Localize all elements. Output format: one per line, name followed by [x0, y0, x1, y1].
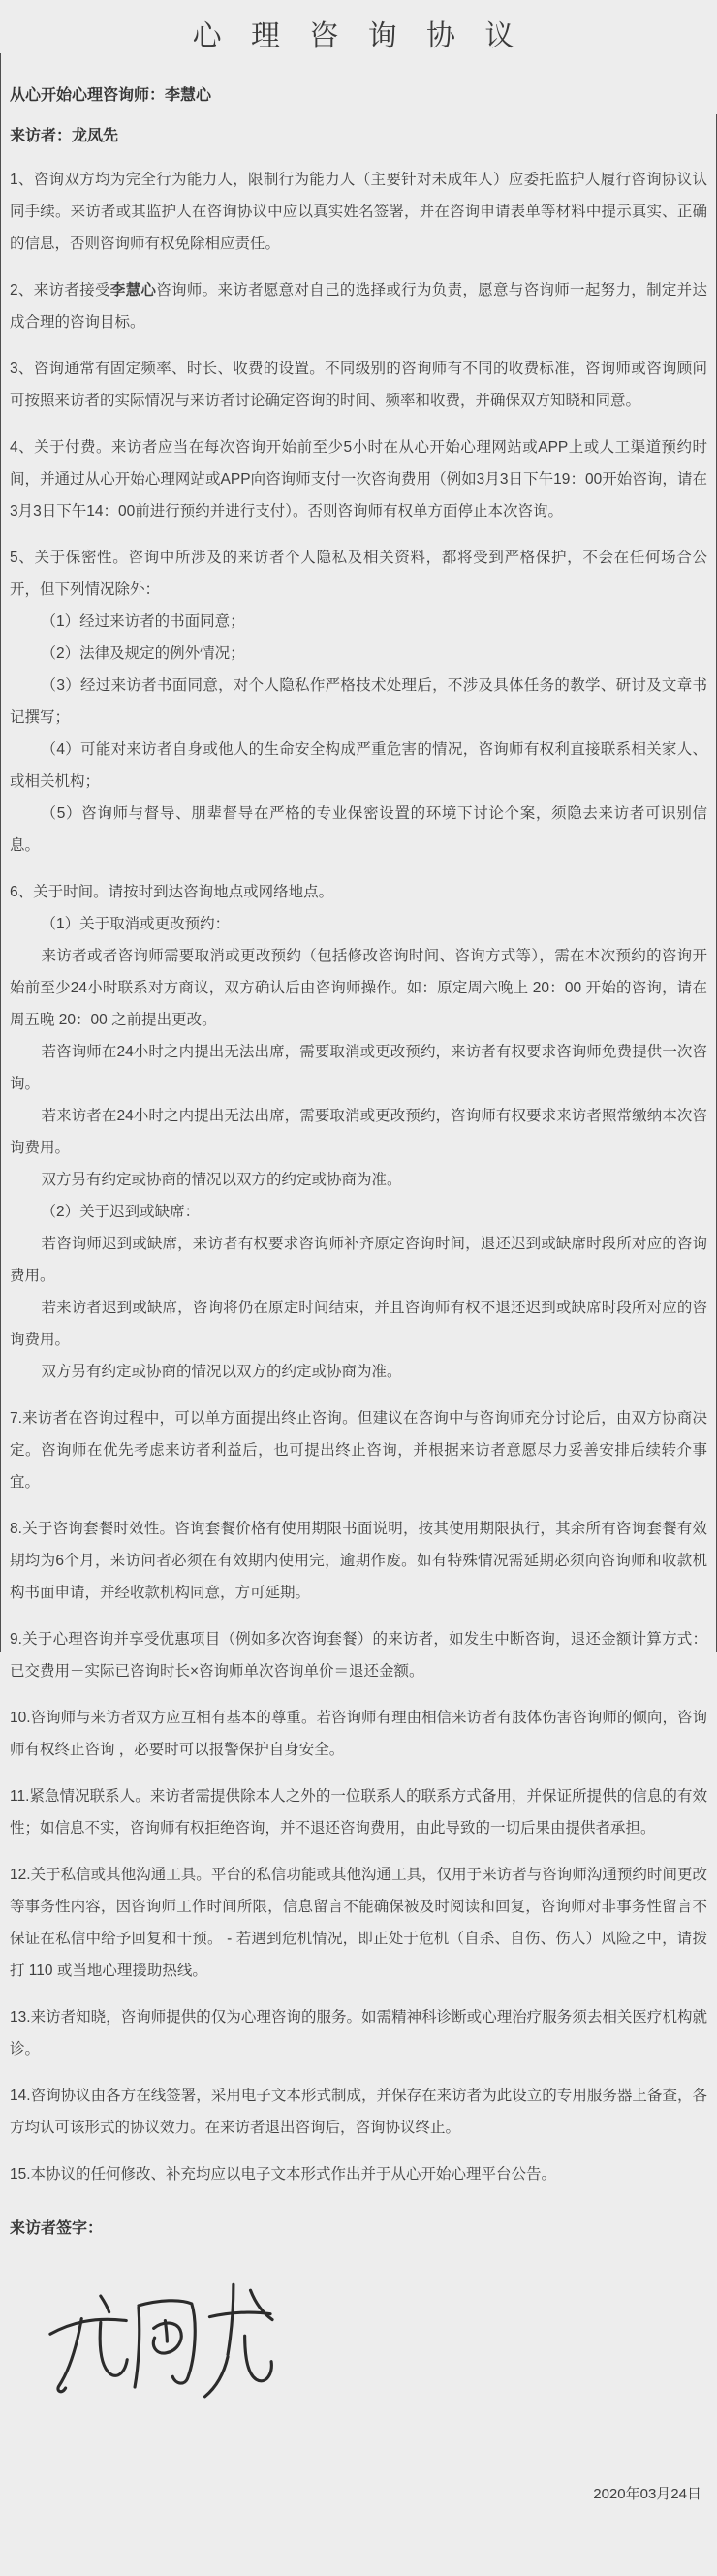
counselor-name: 李慧心 [165, 87, 211, 104]
clause-paragraph: 13.来访者知晓，咨询师提供的仅为心理咨询的服务。如需精神科诊断或心理治疗服务须… [10, 2001, 707, 2065]
clause-paragraph: 14.咨询协议由各方在线签署，采用电子文本形式制成，并保存在来访者为此设立的专用… [10, 2080, 707, 2144]
clause-sub-item: （5）咨询师与督导、朋辈督导在严格的专业保密设置的环境下讨论个案，须隐去来访者可… [10, 798, 707, 862]
clause-paragraph: 7.来访者在咨询过程中，可以单方面提出终止咨询。但建议在咨询中与咨询师充分讨论后… [10, 1402, 707, 1498]
clause-paragraph: 15.本协议的任何修改、补充均应以电子文本形式作出并于从心开始心理平台公告。 [10, 2158, 707, 2190]
clause-sub-item: 双方另有约定或协商的情况以双方的约定或协商为准。 [10, 1164, 707, 1196]
clause-paragraph: 11.紧急情况联系人。来访者需提供除本人之外的一位联系人的联系方式备用，并保证所… [10, 1780, 707, 1844]
signature-label: 来访者签字： [10, 2215, 707, 2243]
clause-sub-item: （2）法律及规定的例外情况； [10, 638, 707, 670]
agreement-document: 心 理 咨 询 协 议 从心开始心理咨询师：李慧心 来访者：龙凤先 1、咨询双方… [0, 0, 717, 2576]
clause-paragraph: 8.关于咨询套餐时效性。咨询套餐价格有使用期限书面说明，按其使用期限执行，其余所… [10, 1513, 707, 1609]
clause-paragraph: 5、关于保密性。咨询中所涉及的来访者个人隐私及相关资料，都将受到严格保护，不会在… [10, 542, 707, 606]
clause-sub-item: 若来访者在24小时之内提出无法出席，需要取消或更改预约，咨询师有权要求来访者照常… [10, 1100, 707, 1164]
clause-paragraph: 6、关于时间。请按时到达咨询地点或网络地点。 [10, 876, 707, 908]
clause-sub-item: （1）关于取消或更改预约： [10, 908, 707, 940]
clause-sub-item: 若咨询师在24小时之内提出无法出席，需要取消或更改预约，来访者有权要求咨询师免费… [10, 1036, 707, 1100]
visitor-name: 龙凤先 [72, 128, 118, 144]
clause-paragraph: 2、来访者接受李慧心咨询师。来访者愿意对自己的选择或行为负责，愿意与咨询师一起努… [10, 274, 707, 338]
clause-sub-item: 双方另有约定或协商的情况以双方的约定或协商为准。 [10, 1356, 707, 1388]
counselor-label: 从心开始心理咨询师： [10, 87, 165, 104]
clause-list: 1、咨询双方均为完全行为能力人，限制行为能力人（主要针对未成年人）应委托监护人履… [10, 164, 707, 2190]
visitor-signature-drawing [47, 2276, 274, 2413]
page-edge-left [0, 53, 1, 1652]
sign-date: 2020年03月24日 [10, 2483, 707, 2503]
clause-sub-item: 若咨询师迟到或缺席，来访者有权要求咨询师补齐原定咨询时间，退还迟到或缺席时段所对… [10, 1228, 707, 1292]
clause-paragraph: 10.咨询师与来访者双方应互相有基本的尊重。若咨询师有理由相信来访者有肢体伤害咨… [10, 1702, 707, 1766]
clause-paragraph: 12.关于私信或其他沟通工具。平台的私信功能或其他沟通工具，仅用于来访者与咨询师… [10, 1859, 707, 1987]
visitor-signature [47, 2276, 707, 2413]
visitor-line: 来访者：龙凤先 [10, 124, 707, 149]
clause-sub-item: （4）可能对来访者自身或他人的生命安全构成严重危害的情况，咨询师有权利直接联系相… [10, 734, 707, 798]
clause-paragraph: 3、咨询通常有固定频率、时长、收费的设置。不同级别的咨询师有不同的收费标准，咨询… [10, 353, 707, 417]
clause-paragraph: 9.关于心理咨询并享受优惠项目（例如多次咨询套餐）的来访者，如发生中断咨询，退还… [10, 1623, 707, 1687]
clause-sub-item: （2）关于迟到或缺席： [10, 1196, 707, 1228]
clause-sub-item: （3）经过来访者书面同意，对个人隐私作严格技术处理后，不涉及具体任务的教学、研讨… [10, 670, 707, 734]
clause-sub-item: 来访者或者咨询师需要取消或更改预约（包括修改咨询时间、咨询方式等），需在本次预约… [10, 940, 707, 1036]
counselor-line: 从心开始心理咨询师：李慧心 [10, 83, 707, 109]
clause-sub-item: 若来访者迟到或缺席，咨询将仍在原定时间结束，并且咨询师有权不退还迟到或缺席时段所… [10, 1292, 707, 1356]
visitor-label: 来访者： [10, 128, 72, 144]
clause-paragraph: 1、咨询双方均为完全行为能力人，限制行为能力人（主要针对未成年人）应委托监护人履… [10, 164, 707, 260]
clause-sub-item: （1）经过来访者的书面同意； [10, 606, 707, 638]
clause-paragraph: 4、关于付费。来访者应当在每次咨询开始前至少5小时在从心开始心理网站或APP上或… [10, 431, 707, 527]
page-title: 心 理 咨 询 协 议 [10, 12, 707, 54]
